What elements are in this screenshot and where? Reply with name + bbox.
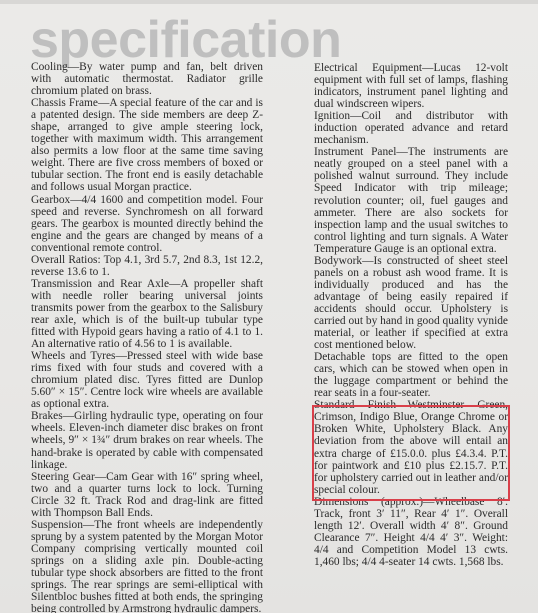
page-title: specification bbox=[30, 14, 341, 66]
spec-ignition: Ignition—Coil and distributor with induc… bbox=[314, 110, 508, 146]
spec-brakes: Brakes—Girling hydraulic type, operating… bbox=[31, 410, 263, 470]
spec-standard-finish: Standard Finish—Westminster Green, Crims… bbox=[314, 399, 508, 495]
spec-steering-gear: Steering Gear—Cam Gear with 16″ spring w… bbox=[31, 471, 263, 519]
spec-electrical: Electrical Equipment—Lucas 12-volt equip… bbox=[314, 62, 508, 110]
spec-overall-ratios: Overall Ratios: Top 4.1, 3rd 5.7, 2nd 8.… bbox=[31, 254, 263, 278]
spec-instrument-panel: Instrument Panel—The instruments are nea… bbox=[314, 146, 508, 254]
page-top-edge bbox=[0, 0, 538, 4]
document-page: specification Cooling—By water pump and … bbox=[0, 0, 538, 613]
spec-suspension: Suspension—The front wheels are independ… bbox=[31, 519, 263, 613]
right-column: Electrical Equipment—Lucas 12-volt equip… bbox=[314, 62, 508, 568]
spec-dimensions: Dimensions (approx.)—Wheelbase 8′. Track… bbox=[314, 496, 508, 568]
spec-gearbox: Gearbox—4/4 1600 and competition model. … bbox=[31, 194, 263, 254]
spec-chassis-frame: Chassis Frame—A special feature of the c… bbox=[31, 97, 263, 193]
spec-transmission: Transmission and Rear Axle—A propeller s… bbox=[31, 278, 263, 350]
left-column: Cooling—By water pump and fan, belt driv… bbox=[31, 61, 263, 613]
spec-cooling: Cooling—By water pump and fan, belt driv… bbox=[31, 61, 263, 97]
spec-wheels-tyres: Wheels and Tyres—Pressed steel with wide… bbox=[31, 350, 263, 410]
spec-detachable-tops: Detachable tops are fitted to the open c… bbox=[314, 351, 508, 399]
spec-bodywork: Bodywork—Is constructed of sheet steel p… bbox=[314, 255, 508, 351]
